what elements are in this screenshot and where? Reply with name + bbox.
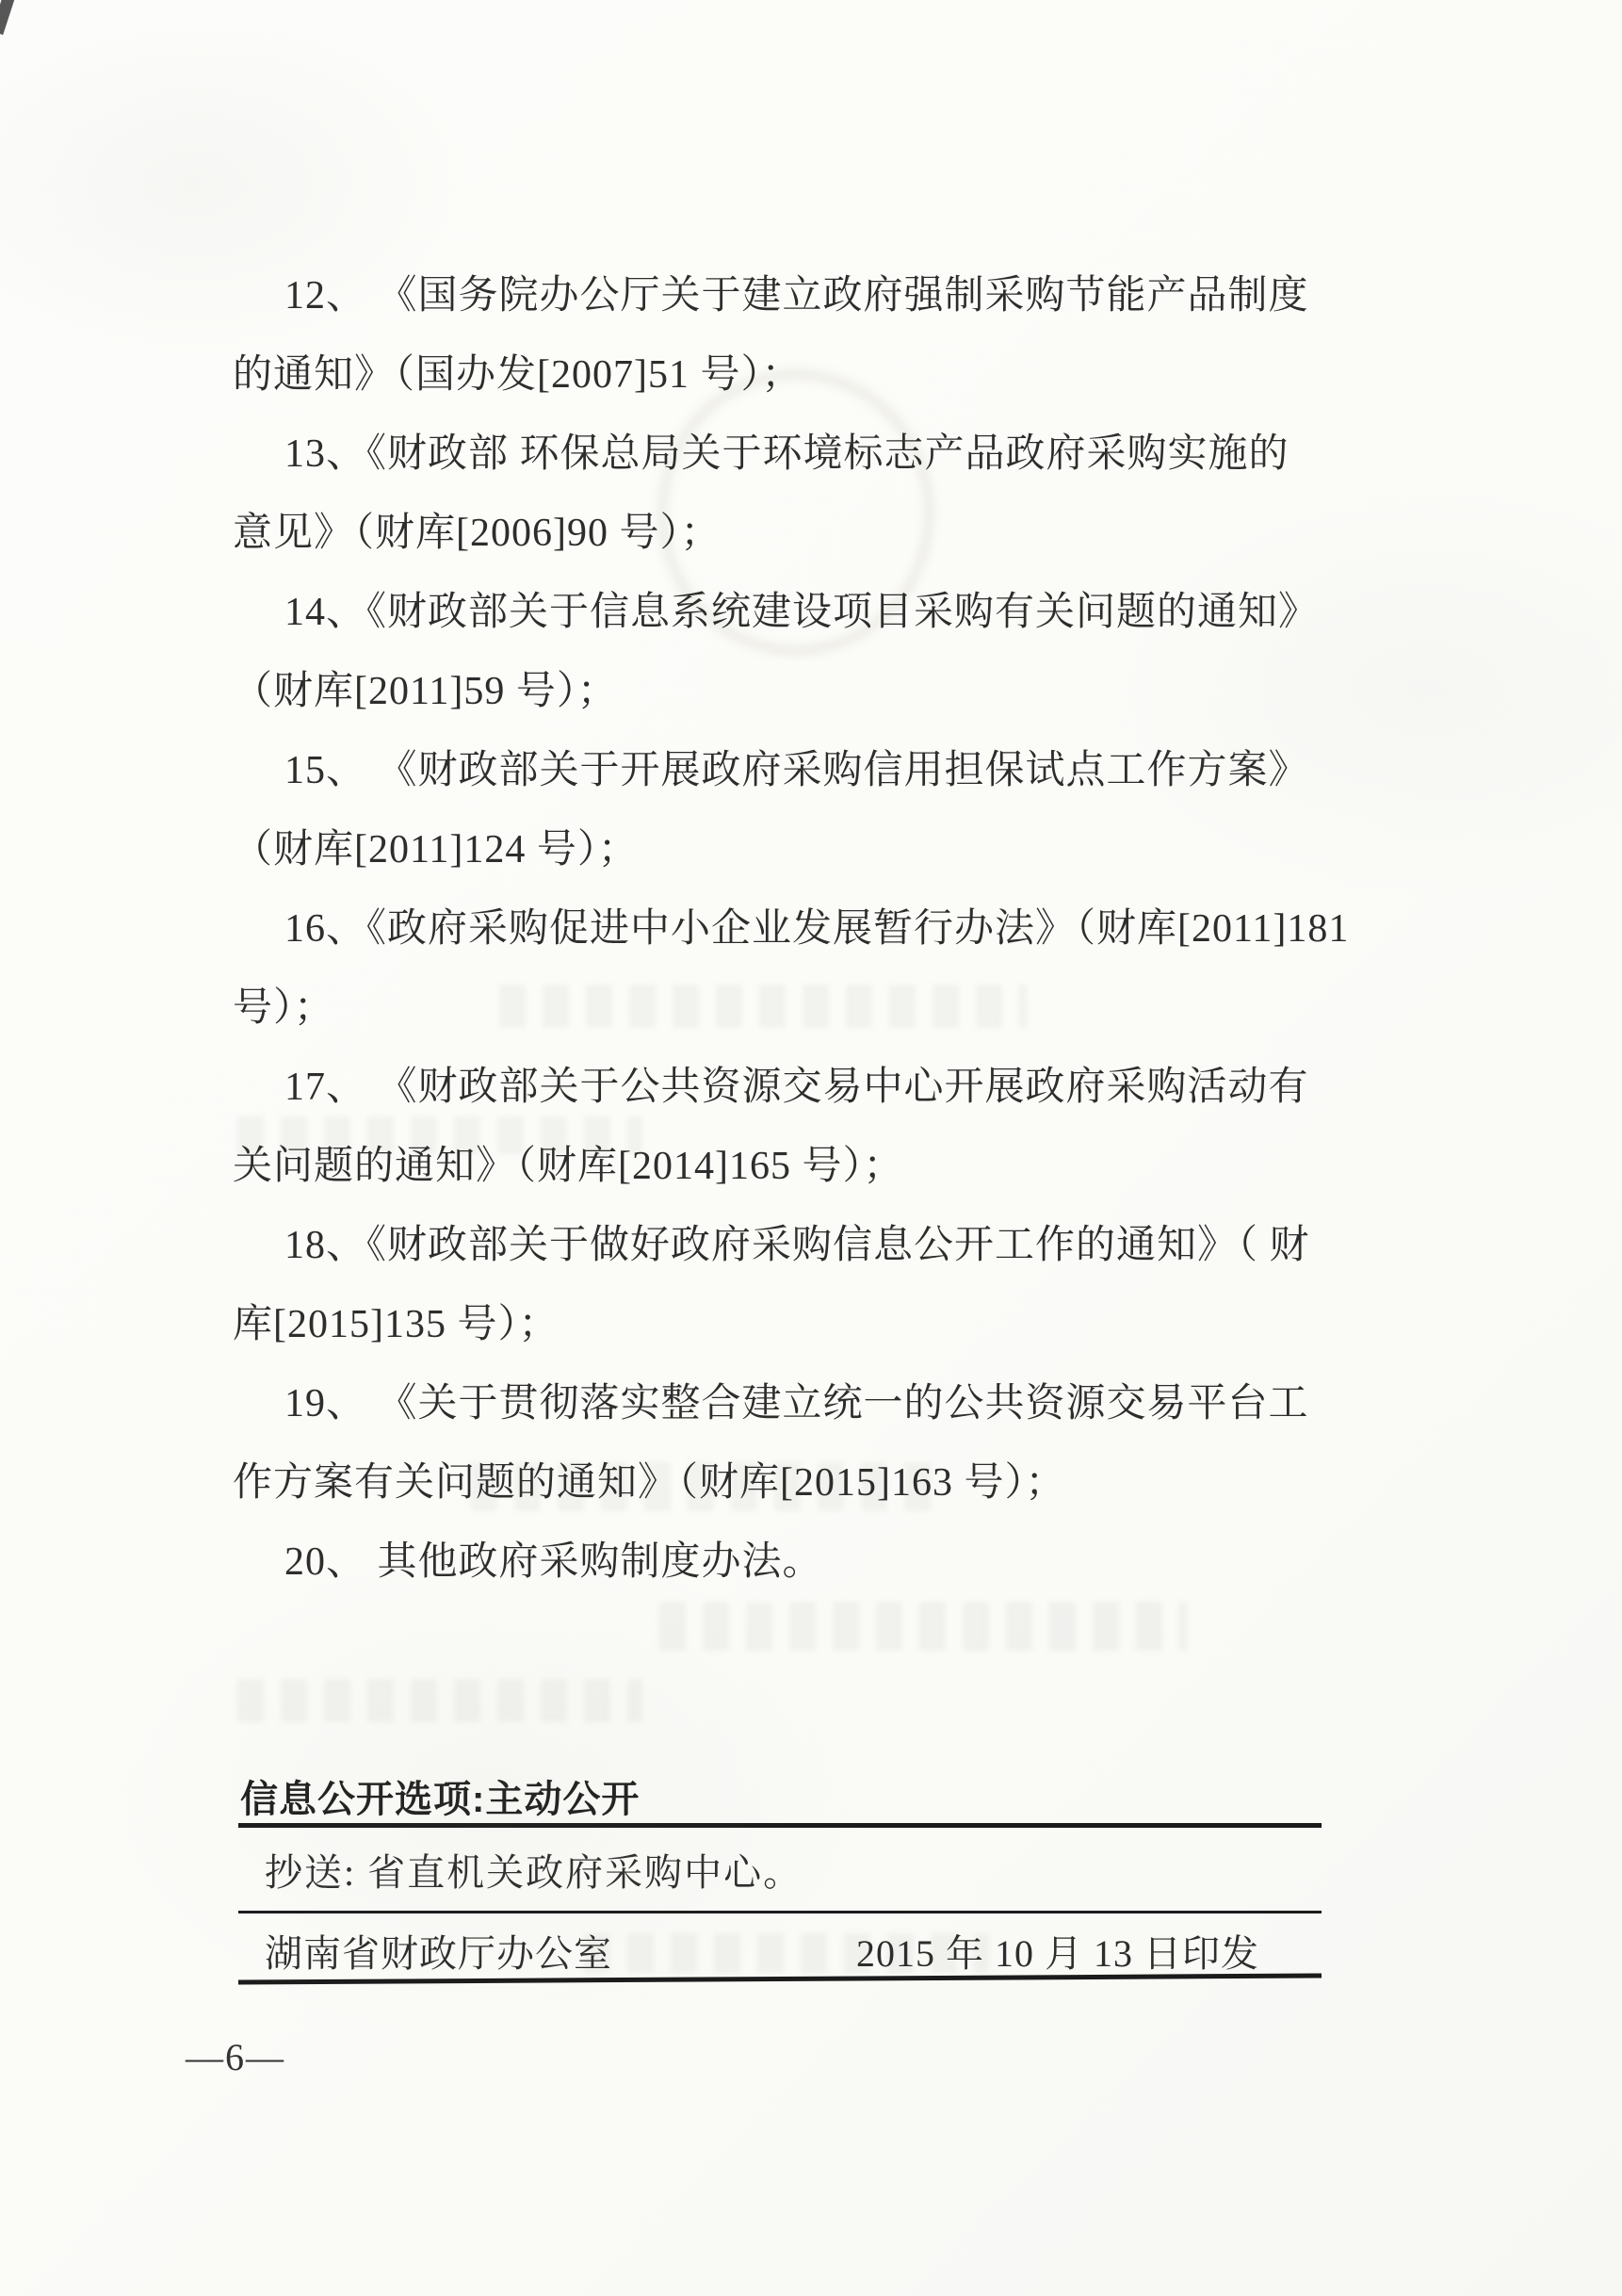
regulation-line: 18、《财政部关于做好政府采购信息公开工作的通知》（ 财	[233, 1206, 1261, 1285]
issuing-office: 湖南省财政厅办公室	[265, 1933, 612, 1975]
scanned-document-page: 12、 《国务院办公厅关于建立政府强制采购节能产品制度 的通知》（国办发[200…	[0, 0, 1622, 2296]
regulation-line: （财库[2011]59 号）；	[233, 652, 1261, 731]
separator-rule-bottom	[238, 1973, 1322, 1984]
regulation-line: 16、《政府采购促进中小企业发展暂行办法》（财库[2011]181	[233, 889, 1261, 969]
regulation-line: 13、《财政部 环保总局关于环境标志产品政府采购实施的	[233, 415, 1261, 494]
separator-rule-middle	[238, 1911, 1322, 1913]
regulation-line: 库[2015]135 号）；	[233, 1285, 1261, 1364]
regulation-line: 17、 《财政部关于公共资源交易中心开展政府采购活动有	[233, 1048, 1261, 1127]
regulation-line: 号）；	[233, 969, 1261, 1048]
disclosure-label: 信息公开选项:主动公开	[240, 1779, 640, 1820]
scan-bleed-artifact	[237, 1679, 642, 1722]
separator-rule-top	[238, 1823, 1322, 1828]
regulation-line: （财库[2011]124 号）；	[233, 810, 1261, 889]
regulation-line: 20、 其他政府采购制度办法。	[233, 1523, 1261, 1602]
regulation-line: 19、 《关于贯彻落实整合建立统一的公共资源交易平台工	[233, 1364, 1261, 1443]
page-number: —6—	[186, 2035, 285, 2079]
regulation-line: 14、《财政部关于信息系统建设项目采购有关问题的通知》	[233, 573, 1261, 652]
regulation-line: 作方案有关问题的通知》（财库[2015]163 号）；	[233, 1443, 1261, 1523]
regulation-list: 12、 《国务院办公厅关于建立政府强制采购节能产品制度 的通知》（国办发[200…	[233, 256, 1261, 1602]
regulation-line: 12、 《国务院办公厅关于建立政府强制采购节能产品制度	[233, 256, 1261, 335]
regulation-line: 的通知》（国办发[2007]51 号）；	[233, 335, 1261, 415]
print-date: 2015 年 10 月 13 日印发	[856, 1933, 1259, 1975]
regulation-line: 15、 《财政部关于开展政府采购信用担保试点工作方案》	[233, 731, 1261, 810]
regulation-line: 意见》（财库[2006]90 号）；	[233, 494, 1261, 573]
scan-corner-artifact	[0, 0, 15, 35]
regulation-line: 关问题的通知》（财库[2014]165 号）；	[233, 1127, 1261, 1206]
cc-line: 抄送: 省直机关政府采购中心。	[265, 1850, 803, 1896]
issuer-row: 湖南省财政厅办公室 2015 年 10 月 13 日印发	[238, 1933, 1322, 1975]
scan-bleed-artifact	[659, 1602, 1187, 1651]
